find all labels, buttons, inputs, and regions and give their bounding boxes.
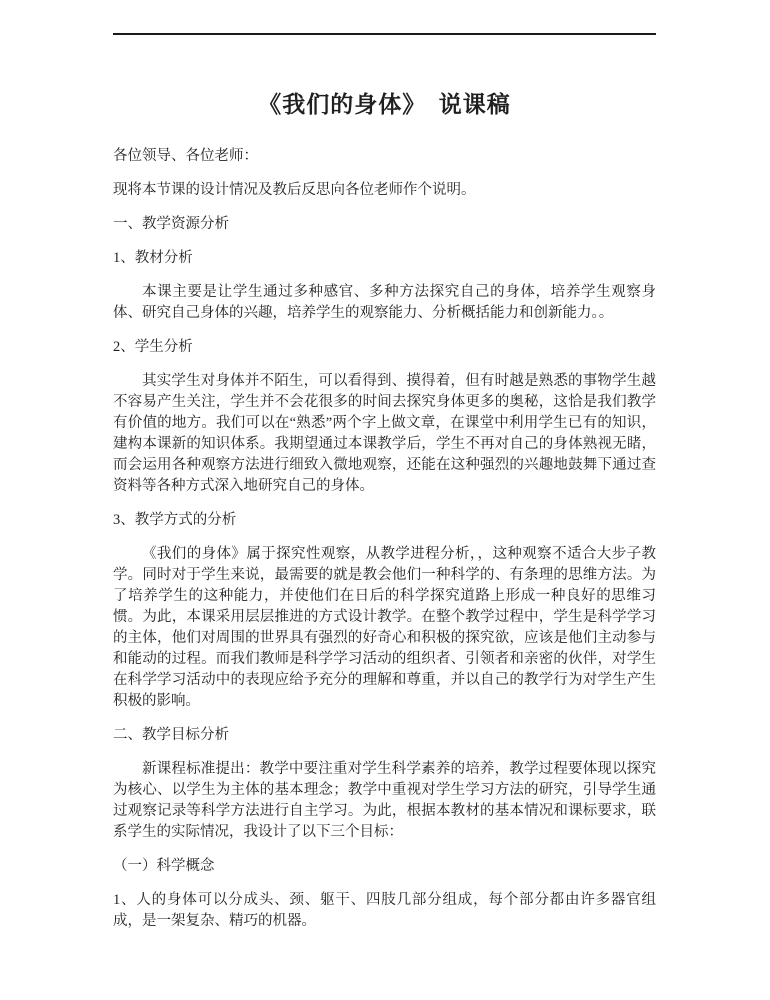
section-heading: 二、教学目标分析 xyxy=(113,725,656,746)
section-heading: 1、教材分析 xyxy=(113,248,656,269)
document-body: 各位领导、各位老师：现将本节课的设计情况及教后反思向各位老师作个说明。一、教学资… xyxy=(113,118,656,932)
section-heading: 一、教学资源分析 xyxy=(113,214,656,235)
paragraph: 各位领导、各位老师： xyxy=(113,146,656,167)
paragraph: 1、人的身体可以分成头、颈、躯干、四肢几部分组成，每个部分都由许多器官组成，是一… xyxy=(113,890,656,932)
document-page: 《我们的身体》 说课稿 各位领导、各位老师：现将本节课的设计情况及教后反思向各位… xyxy=(0,0,770,1000)
paragraph: 现将本节课的设计情况及教后反思向各位老师作个说明。 xyxy=(113,180,656,201)
section-heading: 2、学生分析 xyxy=(113,337,656,358)
paragraph: 《我们的身体》属于探究性观察，从教学进程分析，，这种观察不适合大步子教学。同时对… xyxy=(113,544,656,712)
paragraph: 新课程标准提出：教学中要注重对学生科学素养的培养，教学过程要体现以探究为核心、以… xyxy=(113,759,656,843)
paragraph: 本课主要是让学生通过多种感官、多种方法探究自己的身体，培养学生观察身体、研究自己… xyxy=(113,282,656,324)
section-heading: 3、教学方式的分析 xyxy=(113,510,656,531)
document-content: 《我们的身体》 说课稿 各位领导、各位老师：现将本节课的设计情况及教后反思向各位… xyxy=(113,0,656,932)
section-heading: （一）科学概念 xyxy=(113,856,656,877)
paragraph: 其实学生对身体并不陌生，可以看得到、摸得着，但有时越是熟悉的事物学生越不容易产生… xyxy=(113,371,656,497)
document-title: 《我们的身体》 说课稿 xyxy=(113,92,656,118)
header-rule xyxy=(113,33,656,35)
